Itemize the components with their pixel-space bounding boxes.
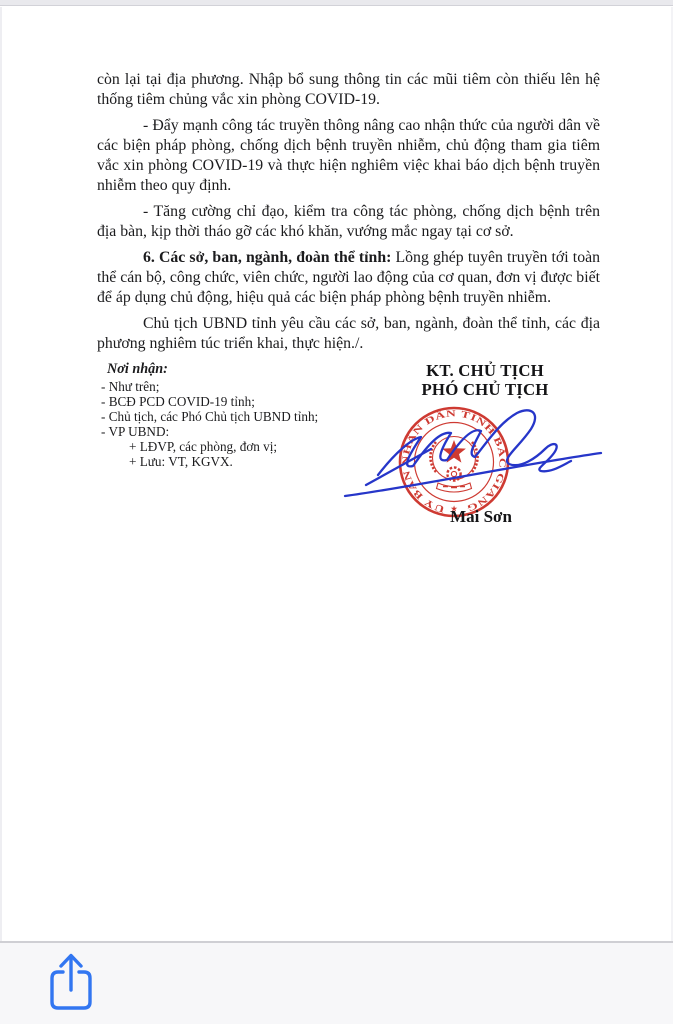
signature-ink-icon (333, 403, 607, 517)
paragraph-text: - Tăng cường chỉ đạo, kiểm tra công tác … (97, 203, 600, 240)
share-button[interactable] (46, 949, 96, 1015)
paragraph: còn lại tại địa phương. Nhập bổ sung thô… (97, 70, 600, 110)
signer-name: Mai Sơn (355, 507, 607, 527)
recipient-line: - Như trên; (101, 379, 361, 394)
paragraph: - Đẩy mạnh công tác truyền thông nâng ca… (97, 116, 600, 196)
signer-delegation: KT. CHỦ TỊCH (355, 361, 615, 380)
paragraph-text: còn lại tại địa phương. Nhập bổ sung thô… (97, 71, 600, 108)
paragraph-text: - Đẩy mạnh công tác truyền thông nâng ca… (97, 117, 600, 194)
paragraph: - Tăng cường chỉ đạo, kiểm tra công tác … (97, 202, 600, 242)
recipient-line: + LĐVP, các phòng, đơn vị; (101, 439, 361, 454)
document-body: còn lại tại địa phương. Nhập bổ sung thô… (97, 70, 600, 354)
pdf-viewer: còn lại tại địa phương. Nhập bổ sung thô… (0, 0, 673, 1024)
bottom-toolbar (0, 941, 673, 1024)
recipient-line: - BCĐ PCD COVID-19 tỉnh; (101, 394, 361, 409)
paragraph: Chủ tịch UBND tỉnh yêu cầu các sở, ban, … (97, 314, 600, 354)
signature-block: KT. CHỦ TỊCH PHÓ CHỦ TỊCH ỦY BAN NHÂN DÂ… (355, 361, 615, 536)
paragraph-text: Chủ tịch UBND tỉnh yêu cầu các sở, ban, … (97, 315, 600, 352)
recipients-block: Nơi nhận: - Như trên; - BCĐ PCD COVID-19… (101, 362, 361, 469)
handwritten-signature (333, 403, 607, 517)
recipient-line: + Lưu: VT, KGVX. (101, 454, 361, 469)
signer-title: PHÓ CHỦ TỊCH (355, 380, 615, 399)
share-icon (46, 949, 96, 1015)
recipient-line: - VP UBND: (101, 424, 361, 439)
page-top-margin (0, 0, 673, 6)
recipient-line: - Chủ tịch, các Phó Chủ tịch UBND tỉnh; (101, 409, 361, 424)
document-page: còn lại tại địa phương. Nhập bổ sung thô… (0, 7, 673, 941)
paragraph: 6. Các sở, ban, ngành, đoàn thể tỉnh: Lồ… (97, 248, 600, 308)
paragraph-lead-bold: 6. Các sở, ban, ngành, đoàn thể tỉnh: (143, 249, 391, 266)
recipients-label: Nơi nhận: (107, 362, 361, 377)
